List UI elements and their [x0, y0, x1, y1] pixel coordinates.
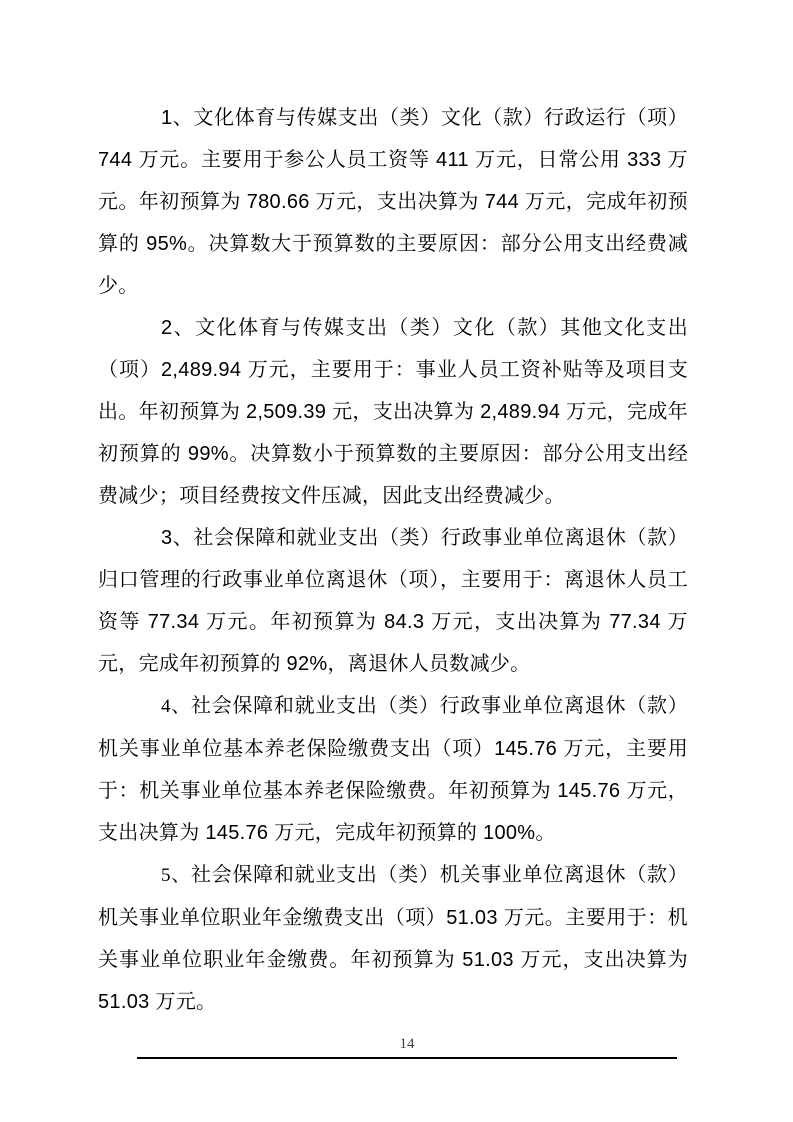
paragraph-5: 5、社会保障和就业支出（类）机关事业单位离退休（款）机关事业单位职业年金缴费支出…: [98, 854, 688, 1023]
paragraph-5-text: 社会保障和就业支出（类）机关事业单位离退休（款）机关事业单位职业年金缴费支出（项…: [98, 864, 688, 1013]
paragraph-3: 3、社会保障和就业支出（类）行政事业单位离退休（款）归口管理的行政事业单位离退休…: [98, 517, 688, 685]
paragraph-3-number: 3、: [161, 527, 193, 549]
document-page: 1、文化体育与传媒支出（类）文化（款）行政运行（项）744 万元。主要用于参公人…: [0, 0, 793, 1122]
paragraph-4-text: 社会保障和就业支出（类）行政事业单位离退休（款）机关事业单位基本养老保险缴费支出…: [98, 695, 688, 844]
paragraph-1-text: 文化体育与传媒支出（类）文化（款）行政运行（项）744 万元。主要用于参公人员工…: [98, 107, 688, 297]
paragraph-4-number: 4、: [161, 696, 191, 717]
paragraph-3-text: 社会保障和就业支出（类）行政事业单位离退休（款）归口管理的行政事业单位离退休（项…: [98, 527, 688, 675]
paragraph-1: 1、文化体育与传媒支出（类）文化（款）行政运行（项）744 万元。主要用于参公人…: [98, 97, 688, 307]
footer-rule-divider: [137, 1057, 677, 1059]
paragraph-2-text: 文化体育与传媒支出（类）文化（款）其他文化支出（项）2,489.94 万元，主要…: [98, 317, 688, 507]
paragraph-1-number: 1、: [161, 107, 193, 129]
document-body: 1、文化体育与传媒支出（类）文化（款）行政运行（项）744 万元。主要用于参公人…: [98, 97, 688, 1023]
paragraph-2-number: 2、: [161, 317, 195, 339]
page-number: 14: [137, 1035, 677, 1053]
paragraph-5-number: 5、: [161, 865, 191, 886]
paragraph-4: 4、社会保障和就业支出（类）行政事业单位离退休（款）机关事业单位基本养老保险缴费…: [98, 685, 688, 854]
paragraph-2: 2、文化体育与传媒支出（类）文化（款）其他文化支出（项）2,489.94 万元，…: [98, 307, 688, 517]
